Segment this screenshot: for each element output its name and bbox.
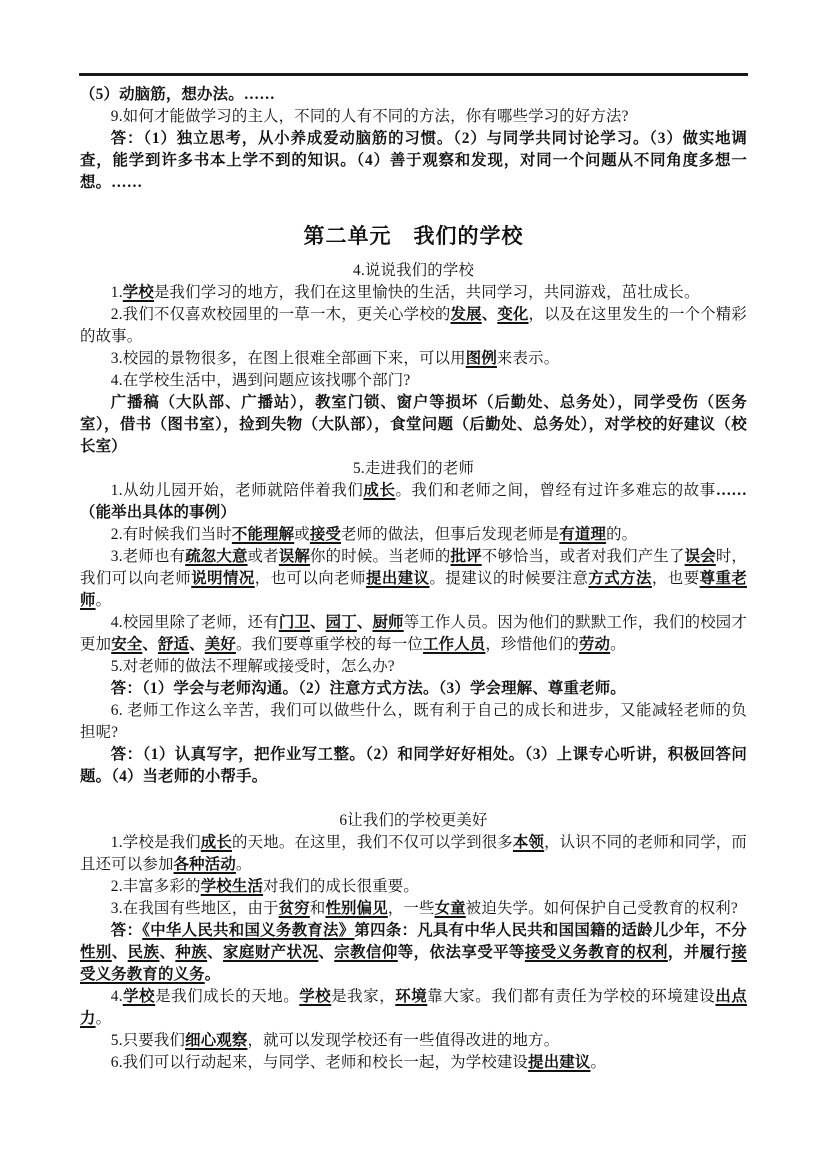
paragraph-answer-9: 答：（1）独立思考，从小养成爱动脑筋的习惯。（2）与同学共同讨论学习。（3）做实… [80,128,747,194]
key-term: 民族 [128,944,160,961]
key-term: 劳动 [579,636,610,653]
paragraph-l4-2: 2.我们不仅喜欢校园里的一草一木，更关心学校的发展、变化，以及在这里发生的一个个… [80,304,747,348]
text-run: 3.老师也有 [111,548,185,565]
document-body: （5）动脑筋，想办法。……9.如何才能做学习的主人，不同的人有不同的方法，你有哪… [80,84,747,1074]
paragraph-l5-4: 4.校园里除了老师，还有门卫、园丁、厨师等工作人员。因为他们的默默工作，我们的校… [80,612,747,656]
paragraph-l4-4: 4.在学校生活中，遇到问题应该找哪个部门? [80,370,747,392]
key-term: 批评 [451,548,482,565]
text-run: 、 [159,944,175,961]
paragraph-l5-5: 5.对老师的做法不理解或接受时，怎么办? [80,656,747,678]
text-run: 9.如何才能做学习的主人，不同的人有不同的方法，你有哪些学习的好方法? [111,108,629,125]
lesson-heading-4: 4.说说我们的学校 [80,260,747,282]
paragraph-l6-3: 3.在我国有些地区，由于贫穷和性别偏见，一些女童被迫失学。如何保护自己受教育的权… [80,898,747,920]
text-run: 。 [96,1010,112,1027]
text-run: 4.说说我们的学校 [353,262,474,279]
text-run: 是我们学习的地方，我们在这里愉快的生活，共同学习，共同游戏，茁壮成长。 [154,284,700,301]
text-run: 和 [310,900,326,917]
text-run: 6让我们的学校更美好 [339,812,487,829]
paragraph-l6-6: 6.我们可以行动起来，与同学、老师和校长一起，为学校建设提出建议。 [80,1052,747,1074]
paragraph-l5-6: 6. 老师工作这么辛苦，我们可以做些什么，既有利于自己的成长和进步，又能减轻老师… [80,700,747,744]
text-run: 靠大家。我们都有责任为学校的环境建设 [427,988,715,1005]
text-run: 、 [482,306,498,323]
paragraph-l6-5: 5.只要我们细心观察，就可以发现学校还有一些值得改进的地方。 [80,1030,747,1052]
key-term: 种族 [175,944,207,961]
key-term: 厨师 [372,614,403,631]
key-term: 女童 [435,900,466,917]
key-term: 方式方法 [588,570,652,587]
text-run: 2.有时候我们当时 [111,526,232,543]
text-run: 或 [294,526,310,543]
header-rule [79,73,748,76]
paragraph-l5-3: 3.老师也有疏忽大意或者误解你的时候。当老师的批评不够恰当，或者对我们产生了误会… [80,546,747,612]
text-run: 6.我们可以行动起来，与同学、老师和校长一起，为学校建设 [111,1054,528,1071]
paragraph-l4-3: 3.校园的景物很多，在图上很难全部画下来，可以用图例来表示。 [80,348,747,370]
text-run: 、 [142,636,158,653]
text-run: 。 [96,592,112,609]
text-run: 、 [189,636,205,653]
text-run: 你的时候。当老师的 [310,548,450,565]
text-run: 答：（1）独立思考，从小养成爱动脑筋的习惯。（2）与同学共同讨论学习。（3）做实… [80,130,747,191]
text-run: 。我们和老师之间，曾经有过许多难忘的故事 [395,482,715,499]
key-term: 门卫 [279,614,310,631]
paragraph-method-5: （5）动脑筋，想办法。…… [80,84,747,106]
text-run: 答：（1）认真写字，把作业写工整。（2）和同学好好相处。（3）上课专心听讲，积极… [80,746,747,785]
paragraph-l6-3-answer: 答：《中华人民共和国义务教育法》第四条：凡具有中华人民共和国国籍的适龄儿少年，不… [80,920,747,986]
text-run: 1.学校是我们 [111,834,201,851]
key-term: 各种活动 [174,856,236,873]
text-run: 3.校园的景物很多，在图上很难全部画下来，可以用 [111,350,466,367]
key-term: 宗教信仰 [334,944,398,961]
text-run: 来表示。 [497,350,559,367]
key-term: 成长 [201,834,232,851]
key-term: 学校生活 [201,878,263,895]
text-run: 广播稿（大队部、广播站），教室门锁、窗户等损坏（后勤处、总务处），同学受伤（医务… [80,394,747,455]
text-run: 5.对老师的做法不理解或接受时，怎么办? [111,658,395,675]
text-run: 4.在学校生活中，遇到问题应该找哪个部门? [111,372,411,389]
text-run: 的。 [606,526,637,543]
key-term: 学校 [123,988,155,1005]
paragraph-l4-1: 1.学校是我们学习的地方，我们在这里愉快的生活，共同学习，共同游戏，茁壮成长。 [80,282,747,304]
key-term: 美好 [205,636,236,653]
text-run: 。我们要尊重学校的每一位 [236,636,423,653]
text-run: 6. 老师工作这么辛苦，我们可以做些什么，既有利于自己的成长和进步，又能减轻老师… [80,702,747,741]
key-term: 不能理解 [232,526,294,543]
text-run: ，一些 [388,900,435,917]
text-run: ，珍惜他们的 [485,636,579,653]
key-term: 有道理 [559,526,606,543]
key-term: 学校 [123,284,154,301]
key-term: 接受义务教育的权利 [525,944,668,961]
text-run: ，也可以向老师 [255,570,366,587]
text-run: ，也要 [652,570,700,587]
text-run: 4. [111,988,123,1005]
key-term: 疏忽大意 [185,548,247,565]
paragraph-l6-4: 4.学校是我们成长的天地。学校是我家，环境靠大家。我们都有责任为学校的环境建设出… [80,986,747,1030]
key-term: 提出建议 [366,570,430,587]
text-run: 。 [590,1054,606,1071]
text-run: 不够恰当，或者对我们产生了 [482,548,685,565]
text-run: 、 [318,944,334,961]
text-run: 是我家， [331,988,395,1005]
lesson-heading-5: 5.走进我们的老师 [80,458,747,480]
key-term: 接受 [310,526,341,543]
text-run: ，并履行 [668,944,732,961]
paragraph-question-9: 9.如何才能做学习的主人，不同的人有不同的方法，你有哪些学习的好方法? [80,106,747,128]
paragraph-l4-4-answer: 广播稿（大队部、广播站），教室门锁、窗户等损坏（后勤处、总务处），同学受伤（医务… [80,392,747,458]
text-run: 5.只要我们 [111,1032,185,1049]
text-run: 、 [357,614,373,631]
text-run: 、 [207,944,223,961]
text-run: 1.从幼儿园开始，老师就陪伴着我们 [111,482,364,499]
text-run: 。提建议的时候要注意 [430,570,589,587]
key-term: 性别偏见 [325,900,387,917]
text-run: 答： [111,922,142,939]
text-run: 。 [610,636,626,653]
key-term: 贫穷 [279,900,310,917]
section-heading-unit-2: 第二单元 我们的学校 [80,220,747,252]
key-term: 图例 [466,350,497,367]
key-term: 误会 [685,548,716,565]
paragraph-l5-1: 1.从幼儿园开始，老师就陪伴着我们成长。我们和老师之间，曾经有过许多难忘的故事…… [80,480,747,524]
paragraph-l5-6-answer: 答：（1）认真写字，把作业写工整。（2）和同学好好相处。（3）上课专心听讲，积极… [80,744,747,788]
text-run: 答：（1）学会与老师沟通。（2）注意方式方法。（3）学会理解、尊重老师。 [111,680,626,697]
text-run: （5）动脑筋，想办法。…… [80,86,275,103]
document-page: （5）动脑筋，想办法。……9.如何才能做学习的主人，不同的人有不同的方法，你有哪… [0,0,826,1169]
text-run: 1. [111,284,123,301]
key-term: 提出建议 [528,1054,590,1071]
text-run: 第二单元 我们的学校 [304,224,524,248]
key-term: 发展 [450,306,481,323]
key-term: 成长 [363,482,395,499]
key-term: 舒适 [158,636,189,653]
key-term: 安全 [111,636,142,653]
key-term: 家庭财产状况 [223,944,318,961]
text-run: 被迫失学。如何保护自己受教育的权利? [466,900,738,917]
text-run: 4.校园里除了老师，还有 [111,614,279,631]
text-run: 等，依法享受平等 [398,944,525,961]
text-run: ，就可以发现学校还有一些值得改进的地方。 [247,1032,559,1049]
text-run: 2.丰富多彩的 [111,878,201,895]
paragraph-l5-2: 2.有时候我们当时不能理解或接受老师的做法，但事后发现老师是有道理的。 [80,524,747,546]
key-term: 学校 [299,988,331,1005]
text-run: 2.我们不仅喜欢校园里的一草一木，更关心学校的 [111,306,451,323]
text-run: 。 [205,966,221,983]
paragraph-l5-5-answer: 答：（1）学会与老师沟通。（2）注意方式方法。（3）学会理解、尊重老师。 [80,678,747,700]
paragraph-l6-2: 2.丰富多彩的学校生活对我们的成长很重要。 [80,876,747,898]
key-term: 《中华人民共和国义务教育法》 [142,922,354,939]
text-run: 的天地。在这里，我们不仅可以学到很多 [232,834,513,851]
key-term: 工作人员 [423,636,485,653]
text-run: 是我们成长的天地。 [155,988,299,1005]
paragraph-l6-1: 1.学校是我们成长的天地。在这里，我们不仅可以学到很多本领，认识不同的老师和同学… [80,832,747,876]
text-run: 3.在我国有些地区，由于 [111,900,279,917]
key-term: 本领 [513,834,544,851]
text-run: 、 [310,614,326,631]
text-run: 老师的做法，但事后发现老师是 [341,526,559,543]
text-run: 对我们的成长很重要。 [263,878,419,895]
key-term: 细心观察 [185,1032,247,1049]
key-term: 说明情况 [191,570,255,587]
text-run: 或者 [248,548,279,565]
key-term: 变化 [497,306,528,323]
key-term: 园丁 [326,614,357,631]
key-term: 性别 [80,944,112,961]
lesson-heading-6: 6让我们的学校更美好 [80,810,747,832]
text-run: 。 [236,856,252,873]
text-run: 第四条：凡具有中华人民共和国国籍的适龄儿少年，不分 [354,922,747,939]
key-term: 误解 [279,548,310,565]
text-run: 、 [112,944,128,961]
text-run: 5.走进我们的老师 [353,460,474,477]
key-term: 环境 [395,988,427,1005]
